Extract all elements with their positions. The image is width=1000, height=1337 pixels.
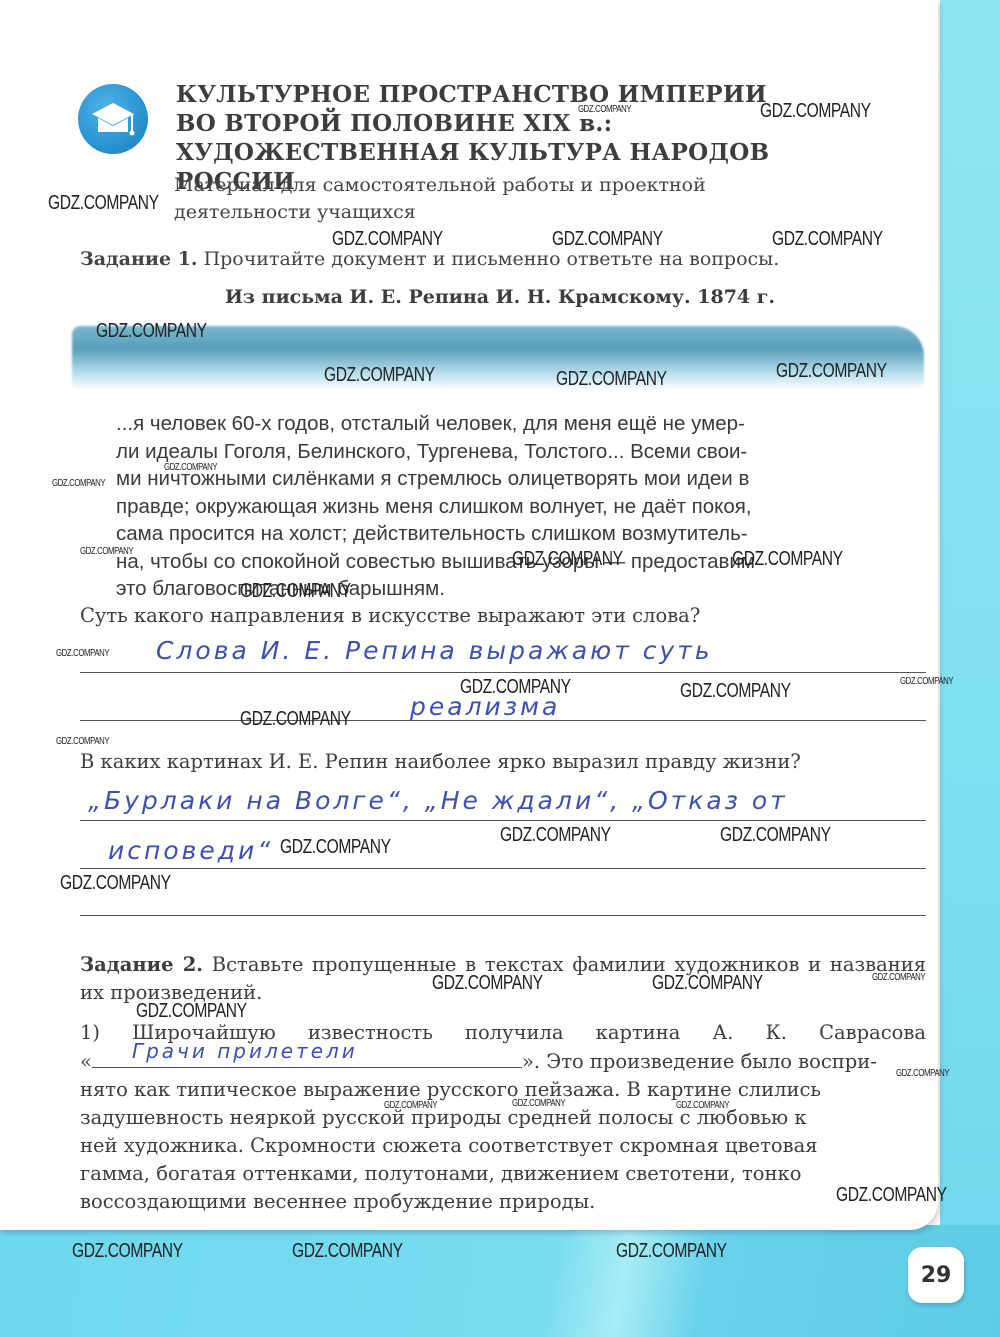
- watermark-text: GDZ.COMPANY: [56, 736, 109, 747]
- question-2: В каких картинах И. Е. Репин наиболее яр…: [80, 750, 930, 773]
- answer-1-line-1[interactable]: Слова И. Е. Репина выражают суть: [156, 636, 713, 665]
- quote-line: ...я человек 60-х годов, отсталый челове…: [116, 410, 884, 438]
- watermark-text: GDZ.COMPANY: [720, 824, 831, 847]
- page-subtitle: Материал для самостоятельной работы и пр…: [174, 172, 874, 226]
- watermark-text: GDZ.COMPANY: [836, 1184, 947, 1207]
- watermark-text: GDZ.COMPANY: [56, 648, 109, 659]
- watermark-text: GDZ.COMPANY: [578, 104, 631, 115]
- close-quote: ».: [522, 1050, 540, 1073]
- right-margin-band: [940, 0, 1000, 1337]
- watermark-text: GDZ.COMPANY: [680, 680, 791, 703]
- watermark-text: GDZ.COMPANY: [292, 1240, 403, 1263]
- page-number: 29: [908, 1247, 964, 1303]
- watermark-text: GDZ.COMPANY: [136, 1000, 247, 1023]
- open-quote: «: [80, 1050, 92, 1073]
- watermark-text: GDZ.COMPANY: [772, 228, 883, 251]
- watermark-text: GDZ.COMPANY: [384, 1100, 437, 1111]
- task1-label: Задание 1.: [80, 248, 198, 270]
- watermark-text: GDZ.COMPANY: [96, 320, 207, 343]
- watermark-text: GDZ.COMPANY: [72, 1240, 183, 1263]
- answer-2-line-2[interactable]: исповеди“: [108, 836, 273, 865]
- answer-2-rule-2: [80, 868, 926, 869]
- answer-2-rule-3: [80, 915, 926, 916]
- subtitle-line-1: Материал для самостоятельной работы и пр…: [174, 172, 874, 199]
- watermark-text: GDZ.COMPANY: [872, 972, 925, 983]
- task2-label: Задание 2.: [80, 953, 203, 976]
- watermark-text: GDZ.COMPANY: [616, 1240, 727, 1263]
- watermark-text: GDZ.COMPANY: [240, 708, 351, 731]
- watermark-text: GDZ.COMPANY: [732, 548, 843, 571]
- watermark-text: GDZ.COMPANY: [48, 192, 159, 215]
- quote-line: сама просится на холст; действительность…: [116, 520, 884, 548]
- graduation-cap-icon: [78, 84, 148, 154]
- item1-line: нято как типическое выражение русского п…: [80, 1076, 926, 1104]
- quote-line: ли идеалы Гоголя, Белинского, Тургенева,…: [116, 438, 884, 466]
- subtitle-line-2: деятельности учащихся: [174, 199, 874, 226]
- watermark-text: GDZ.COMPANY: [164, 462, 217, 473]
- watermark-text: GDZ.COMPANY: [760, 100, 871, 123]
- item1-line: ней художника. Скромности сюжета соответ…: [80, 1132, 926, 1160]
- document-quote: ...я человек 60-х годов, отсталый челове…: [116, 410, 884, 603]
- item1-line: задушевность неяркой русской природы сре…: [80, 1104, 926, 1132]
- item1-filled-answer: Грачи прилетели: [132, 1037, 358, 1065]
- quote-line: правде; окружающая жизнь меня слишком во…: [116, 493, 884, 521]
- watermark-text: GDZ.COMPANY: [432, 972, 543, 995]
- quote-line: ми ничтожными силёнками я стремлюсь олиц…: [116, 465, 884, 493]
- watermark-text: GDZ.COMPANY: [676, 1100, 729, 1111]
- watermark-text: GDZ.COMPANY: [280, 836, 391, 859]
- answer-1-rule-2: [80, 720, 926, 721]
- item1-after-blank: Это произведение было воспри-: [540, 1050, 877, 1073]
- watermark-text: GDZ.COMPANY: [80, 546, 133, 557]
- watermark-text: GDZ.COMPANY: [324, 364, 435, 387]
- item1-blank[interactable]: Грачи прилетели: [92, 1047, 522, 1068]
- answer-2-rule-1: [80, 820, 926, 821]
- document-heading: Из письма И. Е. Репина И. Н. Крамскому. …: [0, 286, 1000, 308]
- watermark-text: GDZ.COMPANY: [552, 228, 663, 251]
- watermark-text: GDZ.COMPANY: [460, 676, 571, 699]
- watermark-text: GDZ.COMPANY: [60, 872, 171, 895]
- watermark-text: GDZ.COMPANY: [512, 1098, 565, 1109]
- answer-2-line-1[interactable]: „Бурлаки на Волге“, „Не ждали“, „Отказ о…: [88, 786, 788, 815]
- task2-item-1: 1) Широчайшую известность получила карти…: [80, 1019, 926, 1216]
- quote-line: это благовоспитанным барышням.: [116, 575, 884, 603]
- watermark-text: GDZ.COMPANY: [52, 478, 105, 489]
- task1-text: Прочитайте документ и письменно ответьте…: [204, 248, 780, 270]
- item1-line: воссоздающими весеннее пробуждение приро…: [80, 1188, 926, 1216]
- item1-line: гамма, богатая оттенками, полутонами, дв…: [80, 1160, 926, 1188]
- watermark-text: GDZ.COMPANY: [332, 228, 443, 251]
- watermark-text: GDZ.COMPANY: [240, 580, 351, 603]
- watermark-text: GDZ.COMPANY: [556, 368, 667, 391]
- watermark-text: GDZ.COMPANY: [512, 548, 623, 571]
- question-1: Суть какого направления в искусстве выра…: [80, 604, 930, 627]
- answer-1-rule-1: [80, 672, 926, 673]
- watermark-text: GDZ.COMPANY: [776, 360, 887, 383]
- watermark-text: GDZ.COMPANY: [500, 824, 611, 847]
- item1-fill-row: «Грачи прилетели». Это произведение было…: [80, 1047, 926, 1076]
- watermark-text: GDZ.COMPANY: [652, 972, 763, 995]
- watermark-text: GDZ.COMPANY: [900, 676, 953, 687]
- watermark-text: GDZ.COMPANY: [896, 1068, 949, 1079]
